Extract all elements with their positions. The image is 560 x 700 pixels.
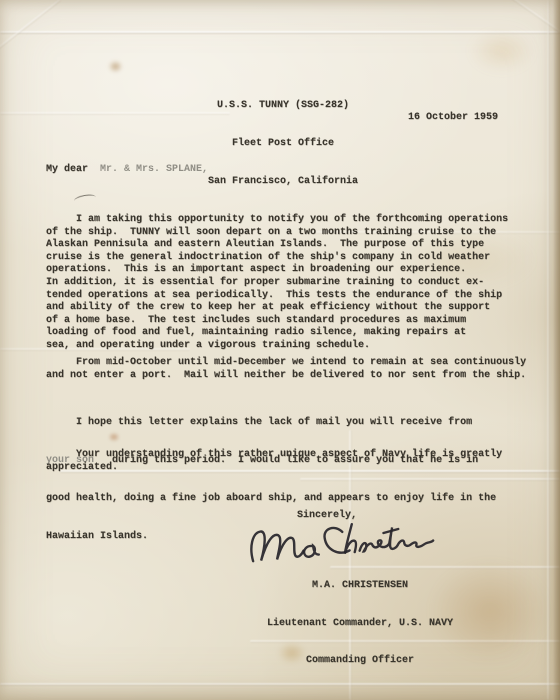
stain-mark (470, 30, 534, 72)
letterhead-city: San Francisco, California (3, 176, 560, 189)
paragraph-no-mail: From mid-October until mid-December we i… (46, 357, 526, 382)
paragraph-line: good health, doing a fine job aboard shi… (46, 493, 496, 506)
signer-rank: Lieutenant Commander, U.S. NAVY (260, 618, 460, 631)
paragraph-appreciation: Your understanding of this rather unique… (46, 449, 502, 474)
signer-title: Commanding Officer (260, 655, 460, 668)
date-line: 16 October 1959 (408, 112, 498, 125)
letterhead: U.S.S. TUNNY (SSG-282) Fleet Post Office… (3, 75, 560, 214)
signer-name: M.A. CHRISTENSEN (260, 580, 460, 593)
paragraph-line: I hope this letter explains the lack of … (46, 417, 496, 430)
letterhead-ship-name: U.S.S. TUNNY (SSG-282) (3, 100, 560, 113)
crease-line (0, 31, 560, 34)
salutation-recipient: Mr. & Mrs. SPLANE, (100, 164, 208, 175)
crease-line (503, 0, 560, 48)
paragraph-operations: I am taking this opportunity to notify y… (46, 214, 508, 353)
crease-line (0, 0, 61, 56)
salutation: My dear Mr. & Mrs. SPLANE, (46, 164, 208, 177)
signature-block: M.A. CHRISTENSEN Lieutenant Commander, U… (260, 555, 460, 693)
salutation-prefix: My dear (46, 164, 100, 175)
letter-page: U.S.S. TUNNY (SSG-282) Fleet Post Office… (0, 0, 560, 700)
letterhead-post-office: Fleet Post Office (3, 138, 560, 151)
stain-mark (108, 60, 123, 73)
